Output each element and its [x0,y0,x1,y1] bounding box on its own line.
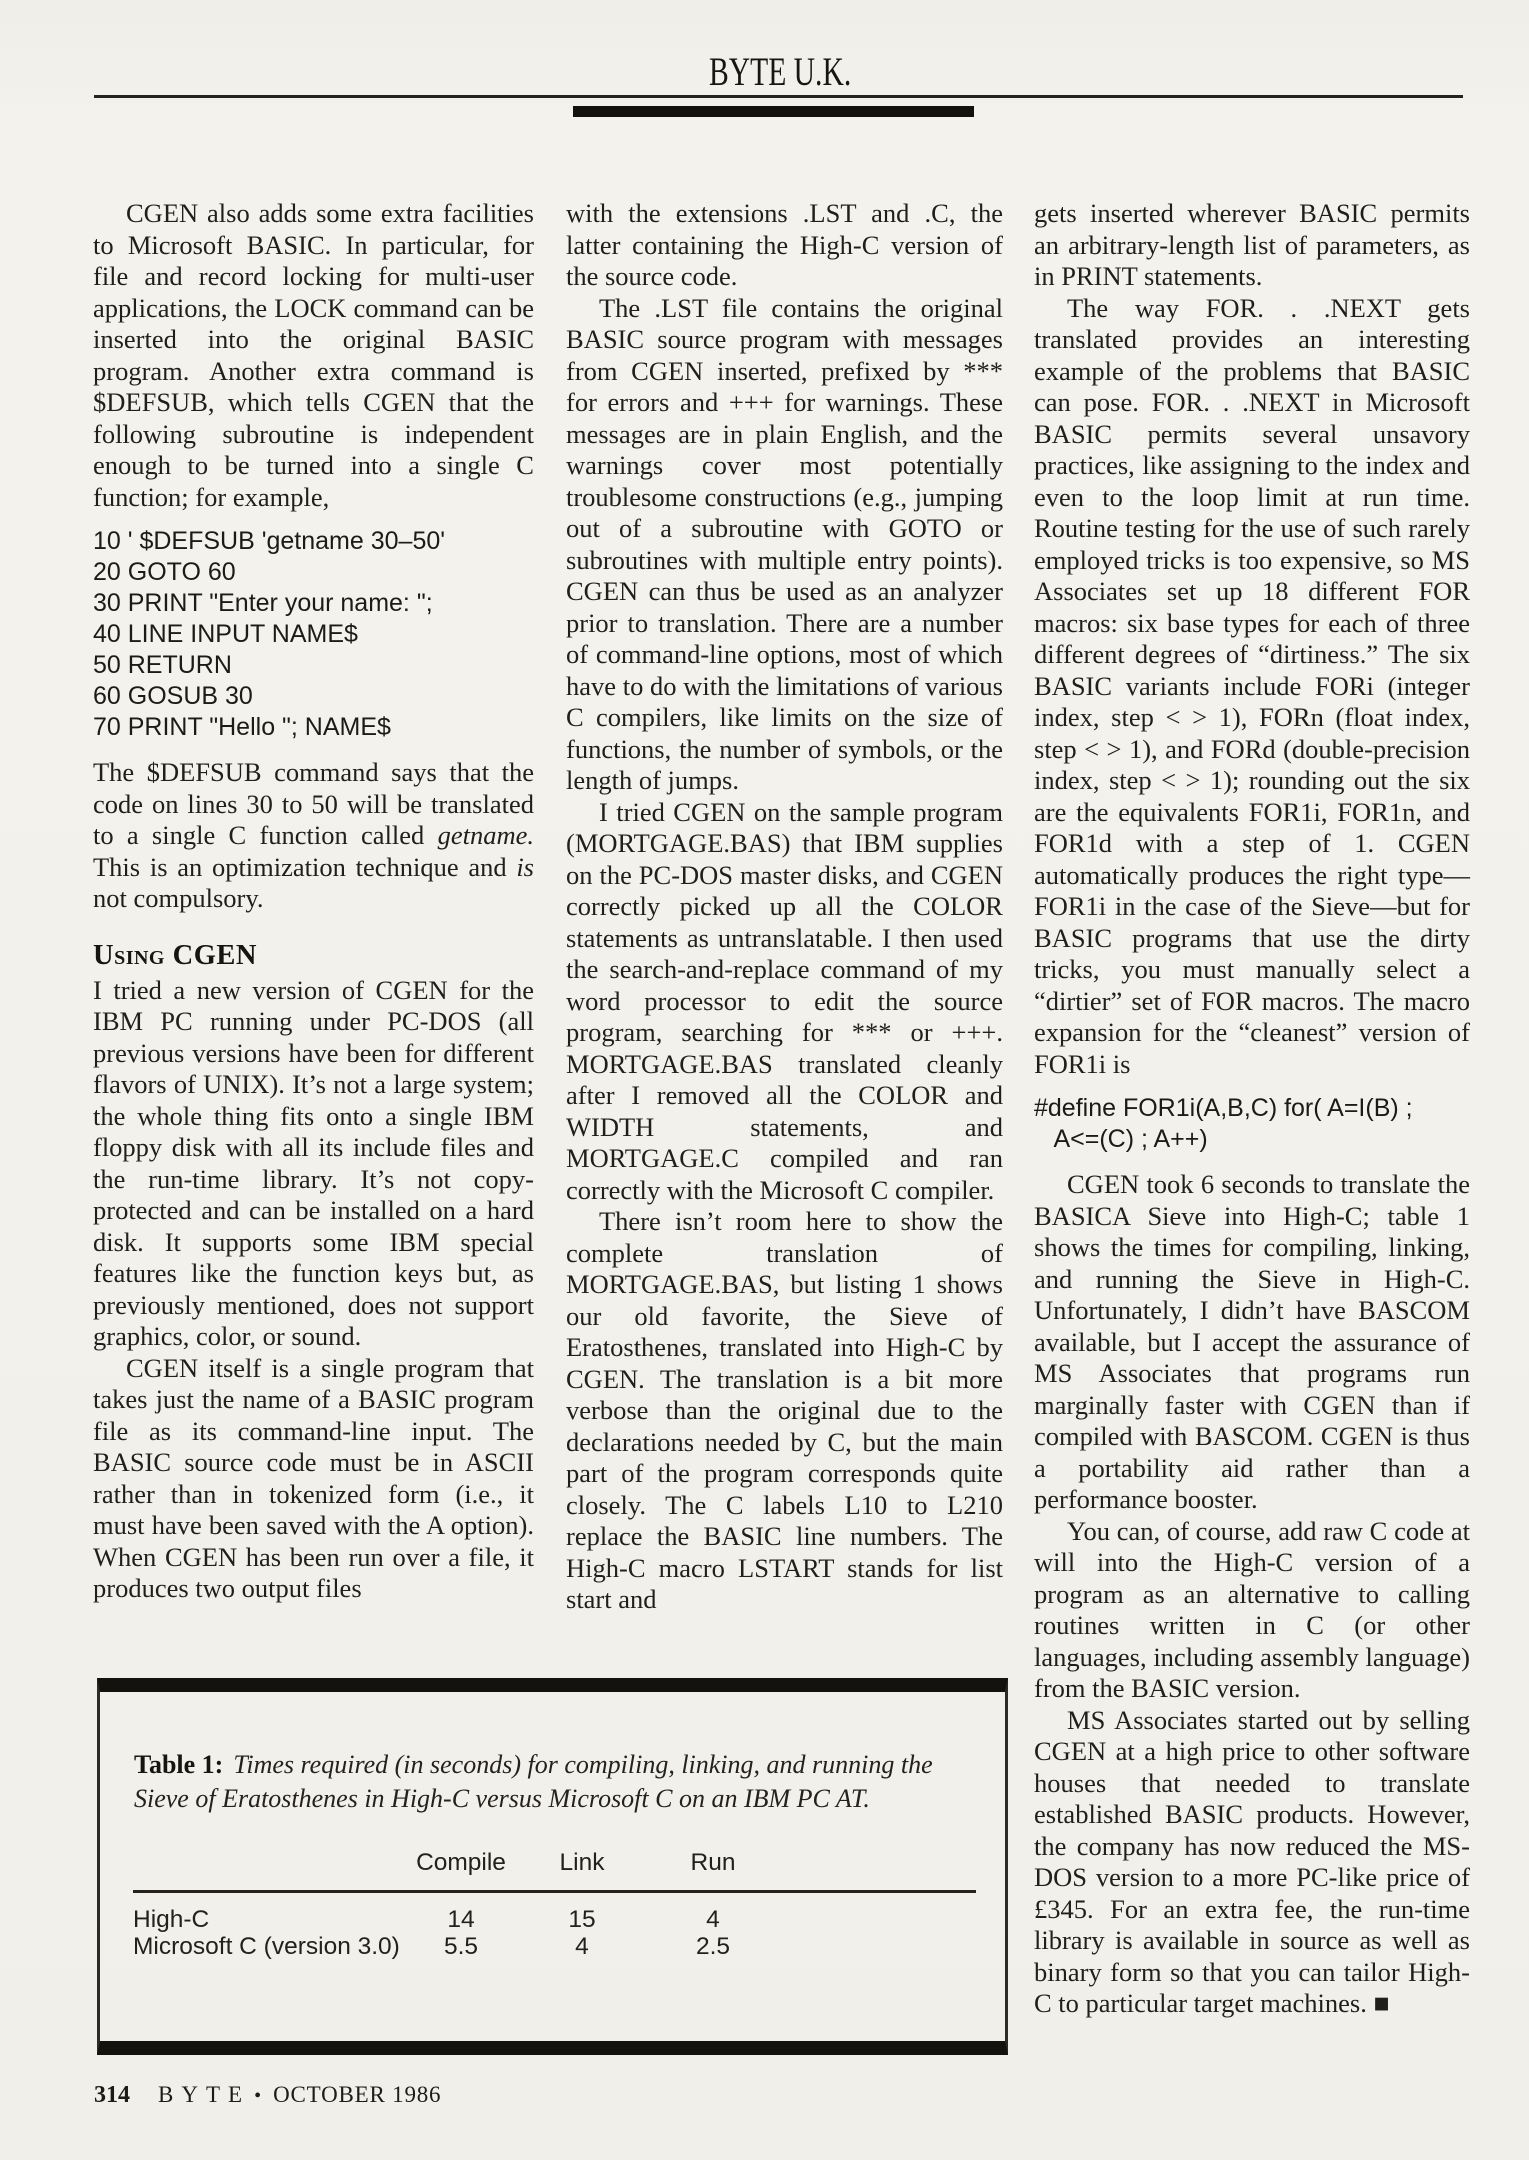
table-row-high-c: High-C 14 15 4 [133,1906,1005,1933]
issue-date: OCTOBER 1986 [273,2082,441,2108]
cell-link: 4 [517,1933,647,1960]
code-line: 20 GOTO 60 [93,557,534,588]
code-line: 70 PRINT "Hello "; NAME$ [93,712,534,743]
code-line: 40 LINE INPUT NAME$ [93,619,534,650]
paragraph: The .LST file contains the original BASI… [566,293,1003,797]
cell-compile: 5.5 [405,1933,517,1960]
row-label: High-C [133,1906,405,1933]
benchmark-table: Table 1:Times required (in seconds) for … [97,1678,1008,2055]
paragraph: I tried CGEN on the sample program (MORT… [566,797,1003,1207]
magazine-name: BYTE [158,2082,250,2108]
page-number: 314 [94,2082,130,2109]
table-row-microsoft-c: Microsoft C (version 3.0) 5.5 4 2.5 [133,1933,1005,1960]
footer-bullet: • [254,2085,261,2108]
section-heading: Using CGEN [93,940,534,972]
table-header-spacer [133,1850,405,1875]
paragraph: gets inserted wherever BASIC permits an … [1034,198,1470,293]
code-block: 10 ' $DEFSUB 'getname 30–50'20 GOTO 6030… [93,526,534,743]
paragraph: You can, of course, add raw C code at wi… [1034,1516,1470,1705]
table-caption: Table 1:Times required (in seconds) for … [134,1748,939,1816]
cell-run: 2.5 [647,1933,779,1960]
magazine-page: BYTE U.K. CGEN also adds some extra faci… [0,0,1529,2160]
paragraph: The way FOR. . .NEXT gets translated pro… [1034,293,1470,1081]
cell-link: 15 [517,1906,647,1933]
paragraph: I tried a new version of CGEN for the IB… [93,975,534,1353]
code-line: 10 ' $DEFSUB 'getname 30–50' [93,526,534,557]
table-header-row: Compile Link Run [133,1850,1005,1875]
column-3: gets inserted wherever BASIC permits an … [1034,198,1470,2020]
page-title: BYTE U.K. [709,52,851,92]
table-divider-rule [133,1890,976,1893]
code-block: #define FOR1i(A,B,C) for( A=I(B) ; A<=(C… [1034,1093,1470,1155]
paragraph: CGEN took 6 seconds to translate the BAS… [1034,1169,1470,1516]
column-1: CGEN also adds some extra facilities to … [93,198,534,1605]
code-line: 30 PRINT "Enter your name: "; [93,588,534,619]
column-2: with the extensions .LST and .C, the lat… [566,198,1003,1616]
paragraph: with the extensions .LST and .C, the lat… [566,198,1003,293]
paragraph: The $DEFSUB command says that the code o… [93,757,534,915]
paragraph: CGEN also adds some extra facilities to … [93,198,534,513]
masthead: BYTE U.K. [93,52,1468,92]
table-header-run: Run [647,1850,779,1875]
table-caption-text: Times required (in seconds) for compilin… [134,1750,933,1813]
code-line: #define FOR1i(A,B,C) for( A=I(B) ; [1034,1093,1470,1124]
paragraph: CGEN itself is a single program that tak… [93,1353,534,1605]
code-line: A<=(C) ; A++) [1034,1124,1470,1155]
page-footer: 314 BYTE • OCTOBER 1986 [94,2082,441,2109]
code-line: 60 GOSUB 30 [93,681,534,712]
header-rule [94,95,1463,98]
table-body: High-C 14 15 4 Microsoft C (version 3.0)… [100,1906,1005,1960]
header-bar [573,106,974,117]
table-header-link: Link [517,1850,647,1875]
code-line: 50 RETURN [93,650,534,681]
cell-compile: 14 [405,1906,517,1933]
row-label: Microsoft C (version 3.0) [133,1933,405,1960]
table-header-compile: Compile [405,1850,517,1875]
cell-run: 4 [647,1906,779,1933]
table-caption-label: Table 1: [134,1750,223,1779]
paragraph: There isn’t room here to show the comple… [566,1206,1003,1616]
paragraph: MS Associates started out by selling CGE… [1034,1705,1470,2020]
